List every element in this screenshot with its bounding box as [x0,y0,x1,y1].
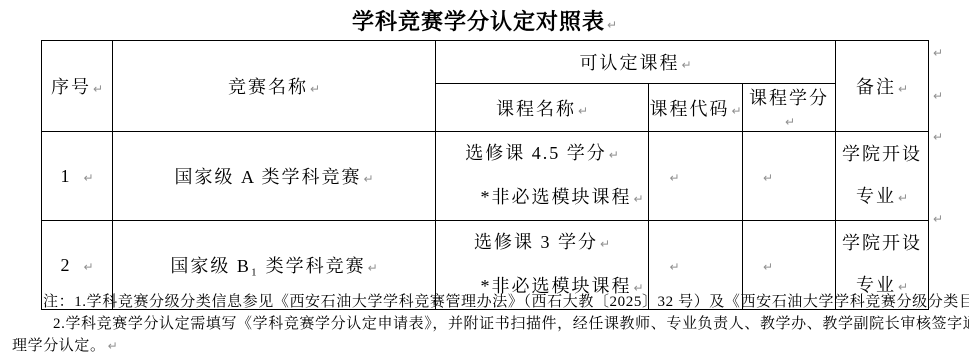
header-competition-label: 竞赛名称 [228,77,308,97]
cell-course-name: 选修课 4.5 学分↵ *非必选模块课程↵ [436,132,649,221]
header-index-label: 序号 [51,77,91,97]
header-course-name-label: 课程名称 [496,99,576,119]
row-end-mark-icon: ↵ [933,212,943,226]
page-title: 学科竞赛学分认定对照表 [352,9,605,34]
paragraph-mark-icon: ↵ [363,172,373,186]
course-name-line2-value: *非必选模块课程 [480,187,631,207]
paragraph-mark-icon: ↵ [609,148,619,162]
paragraph-mark-icon: ↵ [633,192,643,206]
header-cell-index: 序号↵ [42,41,113,132]
paragraph-mark-icon: ↵ [108,339,118,353]
remark-line1-value: 学院开设 [842,233,922,253]
paragraph-mark-icon: ↵ [310,82,320,96]
remark-line: 学院开设 [836,222,928,264]
header-cell-course-name: 课程名称↵ [436,84,649,132]
remark-line: 学院开设 [836,133,928,175]
footnote-line-2: 2.学科竞赛学分认定需填写《学科竞赛学分认定申请表》，并附证书扫描件，经任课教师… [12,313,964,335]
paragraph-mark-icon: ↵ [785,115,795,129]
cell-competition-name: 国家级 A 类学科竞赛↵ [113,132,436,221]
row-end-mark-icon: ↵ [933,130,943,144]
header-recognizable-courses-label: 可认定课程 [579,53,679,73]
paragraph-mark-icon: ↵ [93,82,103,96]
course-name-line: *非必选模块课程↵ [436,176,648,220]
paragraph-mark-icon: ↵ [681,58,691,72]
header-row-top: 序号↵ 竞赛名称↵ 可认定课程↵ 备注↵ [42,41,929,84]
credit-recognition-table: 序号↵ 竞赛名称↵ 可认定课程↵ 备注↵ 课程名称↵ 课程代码↵ 课程学分↵ 1… [41,40,929,310]
paragraph-mark-icon: ↵ [600,237,610,251]
remark-line1-value: 学院开设 [842,144,922,164]
paragraph-mark-icon: ↵ [669,171,679,185]
row-end-mark-icon: ↵ [933,46,943,60]
document-page: 学科竞赛学分认定对照表↵ 序号↵ 竞赛名称↵ 可认定课程↵ 备注↵ 课程名称↵ … [0,0,969,360]
paragraph-mark-icon: ↵ [578,104,588,118]
paragraph-mark-icon: ↵ [669,260,679,274]
footnote-line-3: 理学分认定。↵ [12,335,964,357]
header-cell-competition: 竞赛名称↵ [113,41,436,132]
footnote-2-text: 2.学科竞赛学分认定需填写《学科竞赛学分认定申请表》，并附证书扫描件，经任课教师… [53,316,969,332]
course-name-line1-value: 选修课 3 学分 [474,232,598,252]
remark-line: 专业↵ [836,175,928,219]
row-index-value: 2 [60,255,71,275]
course-name-line: 选修课 3 学分↵ [436,221,648,265]
header-cell-course-credit: 课程学分↵ [743,84,836,132]
footnote-3-text: 理学分认定。 [12,338,106,354]
paragraph-mark-icon: ↵ [83,260,93,274]
cell-course-credit: ↵ [743,132,836,221]
paragraph-mark-icon: ↵ [731,104,741,118]
course-name-line1-value: 选修课 4.5 学分 [465,143,607,163]
row-end-mark-icon: ↵ [933,89,943,103]
cell-row-index: 1↵ [42,132,113,221]
header-cell-remarks: 备注↵ [836,41,929,132]
remark-line2-value: 专业 [856,186,896,206]
paragraph-mark-icon: ↵ [607,18,617,32]
competition-name-value: 国家级 A 类学科竞赛 [174,167,361,187]
cell-remark: 学院开设 专业↵ [836,132,929,221]
paragraph-mark-icon: ↵ [83,171,93,185]
footnote-line-1: 注：1.学科竞赛分级分类信息参见《西安石油大学学科竞赛管理办法》（西石大教〔20… [12,291,964,313]
competition-name-value: 国家级 B₁ 类学科竞赛 [170,256,365,276]
paragraph-mark-icon: ↵ [898,82,908,96]
document-title-row: 学科竞赛学分认定对照表↵ [0,5,969,36]
header-cell-course-code: 课程代码↵ [649,84,743,132]
row-index-value: 1 [60,166,71,186]
header-course-code-label: 课程代码 [649,99,729,119]
header-course-credit-label: 课程学分 [749,88,829,108]
header-cell-recognizable-courses: 可认定课程↵ [436,41,836,84]
footnote-1-text: 注：1.学科竞赛分级分类信息参见《西安石油大学学科竞赛管理办法》（西石大教〔20… [43,294,969,310]
header-remarks-label: 备注 [856,77,896,97]
paragraph-mark-icon: ↵ [763,171,773,185]
table-row: 1↵ 国家级 A 类学科竞赛↵ 选修课 4.5 学分↵ *非必选模块课程↵ ↵ … [42,132,929,221]
paragraph-mark-icon: ↵ [368,261,378,275]
paragraph-mark-icon: ↵ [763,260,773,274]
cell-course-code: ↵ [649,132,743,221]
footnotes: 注：1.学科竞赛分级分类信息参见《西安石油大学学科竞赛管理办法》（西石大教〔20… [12,291,964,357]
paragraph-mark-icon: ↵ [898,191,908,205]
course-name-line: 选修课 4.5 学分↵ [436,132,648,176]
